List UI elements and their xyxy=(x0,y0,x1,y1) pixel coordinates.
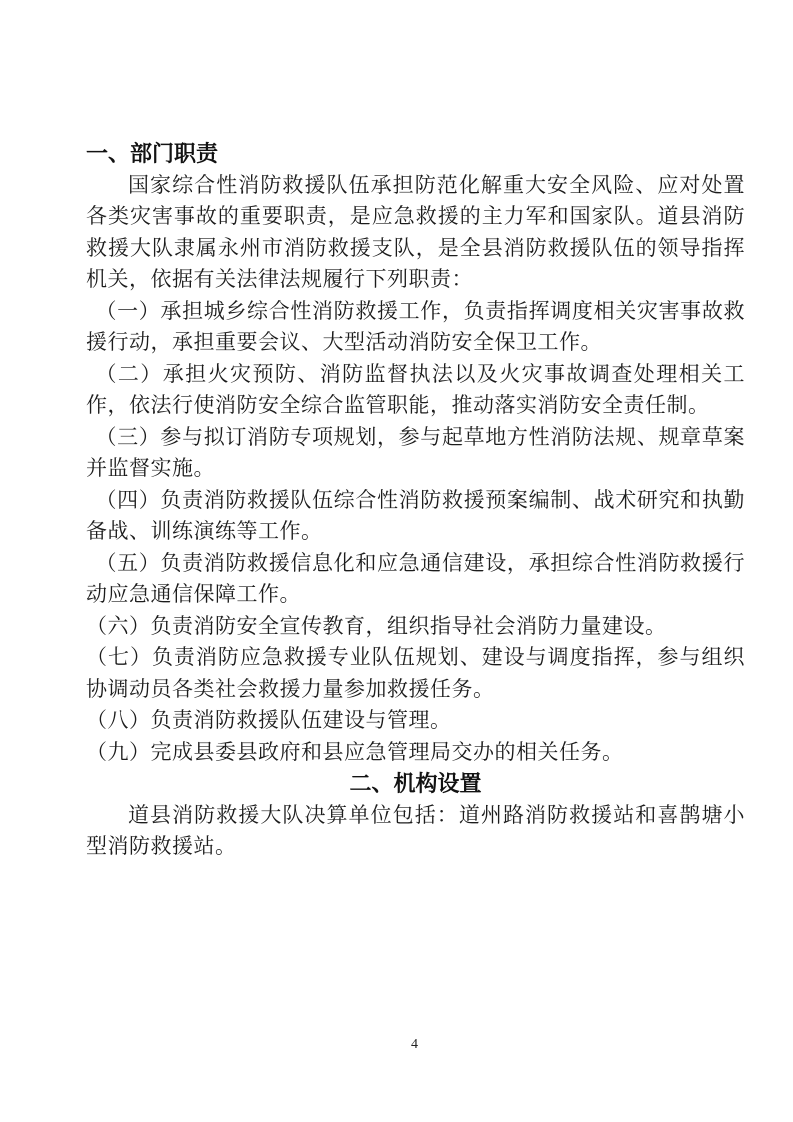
duty-item-3: （三）参与拟订消防专项规划，参与起草地方性消防法规、规章草案并监督实施。 xyxy=(86,422,745,485)
section-1-heading: 一、部门职责 xyxy=(86,138,745,170)
section-2-heading: 二、机构设置 xyxy=(86,768,745,800)
duty-item-6: （六）负责消防安全宣传教育，组织指导社会消防力量建设。 xyxy=(86,611,745,643)
duty-item-8: （八）负责消防救援队伍建设与管理。 xyxy=(86,705,745,737)
duty-item-2: （二）承担火灾预防、消防监督执法以及火灾事故调查处理相关工作，依法行使消防安全综… xyxy=(86,359,745,422)
duty-item-5: （五）负责消防救援信息化和应急通信建设，承担综合性消防救援行动应急通信保障工作。 xyxy=(86,548,745,611)
document-content: 一、部门职责 国家综合性消防救援队伍承担防范化解重大安全风险、应对处置各类灾害事… xyxy=(86,138,745,863)
document-page: 一、部门职责 国家综合性消防救援队伍承担防范化解重大安全风险、应对处置各类灾害事… xyxy=(0,0,793,1122)
duty-item-7: （七）负责消防应急救援专业队伍规划、建设与调度指挥，参与组织协调动员各类社会救援… xyxy=(86,642,745,705)
duty-item-1: （一）承担城乡综合性消防救援工作，负责指挥调度相关灾害事故救援行动，承担重要会议… xyxy=(86,296,745,359)
duty-item-4: （四）负责消防救援队伍综合性消防救援预案编制、战术研究和执勤备战、训练演练等工作… xyxy=(86,485,745,548)
duty-item-9: （九）完成县委县政府和县应急管理局交办的相关任务。 xyxy=(86,737,745,769)
section-2-body-paragraph: 道县消防救援大队决算单位包括：道州路消防救援站和喜鹊塘小型消防救援站。 xyxy=(86,800,745,863)
page-number: 4 xyxy=(0,1037,793,1053)
section-1-intro-paragraph: 国家综合性消防救援队伍承担防范化解重大安全风险、应对处置各类灾害事故的重要职责，… xyxy=(86,170,745,296)
